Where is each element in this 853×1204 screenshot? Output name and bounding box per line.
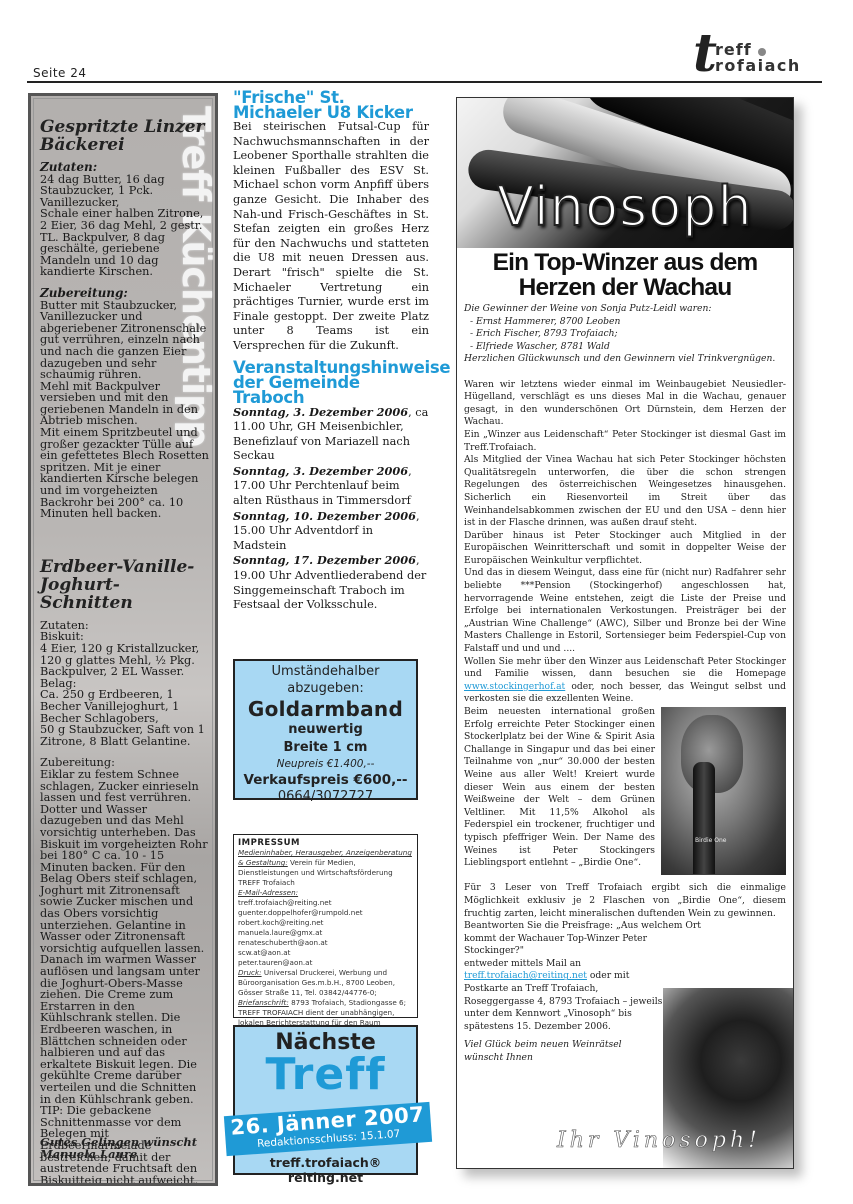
recipe1-title: Gespritzte Linzer Bäckerei bbox=[40, 118, 210, 154]
recipe-signoff: Gutes Gelingen wünscht Manuela Laure bbox=[40, 1136, 197, 1160]
wine-bottles-image: Vinosoph bbox=[457, 98, 794, 248]
closing-line: Viel Glück beim neuen Weinrätsel wünscht… bbox=[464, 1039, 644, 1064]
logo-line2: rofaiach bbox=[715, 58, 801, 74]
event-item: Sonntag, 3. Dezember 2006, 17.00 Uhr Per… bbox=[233, 464, 429, 509]
winner: - Ernst Hammerer, 8700 Leoben bbox=[464, 316, 786, 329]
next-issue-banner: 26. Jänner 2007 Redaktionsschluss: 15.1.… bbox=[224, 1102, 432, 1156]
winner: - Erich Fischer, 8793 Trofaiach; bbox=[464, 328, 786, 341]
recipe1-prep: Butter mit Staubzucker, Vanillezucker un… bbox=[40, 300, 210, 520]
recipe1-ingredients: 24 dag Butter, 16 dag Staubzucker, 1 Pck… bbox=[40, 174, 210, 278]
bottle-label: Birdie One bbox=[695, 837, 726, 844]
ad-phone: 0664/3072727 bbox=[235, 789, 416, 805]
next-issue-brand: Treff bbox=[235, 1049, 416, 1100]
logo-letter: t bbox=[693, 28, 717, 80]
email-link[interactable]: peter.tauren@aon.at bbox=[238, 958, 413, 968]
ad-old-price: Neupreis €1.400,-- bbox=[235, 757, 416, 771]
kicker-headline: "Frische" St. Michaeler U8 Kicker bbox=[233, 90, 429, 120]
recipe2-prep: Zubereitung: Eiklar zu festem Schnee sch… bbox=[40, 757, 210, 1186]
stockingerhof-link[interactable]: www.stockingerhof.at bbox=[464, 681, 565, 692]
winemaker-photo: Birdie One bbox=[661, 707, 786, 875]
ad-item: Goldarmband bbox=[235, 697, 416, 721]
logo-dot-icon bbox=[758, 48, 766, 56]
email-link[interactable]: manuela.laure@gmx.at bbox=[238, 928, 413, 938]
next-issue-email[interactable]: treff.trofaiach® reiting.net bbox=[235, 1155, 416, 1185]
recipe1-prep-label: Zubereitung: bbox=[40, 288, 210, 300]
page-number: Seite 24 bbox=[33, 66, 87, 80]
impressum-heading: IMPRESSUM bbox=[238, 838, 413, 848]
event-item: Sonntag, 3. Dezember 2006, ca 11.00 Uhr,… bbox=[233, 405, 429, 464]
events-headline: Veranstaltungshinweise der Gemeinde Trab… bbox=[233, 360, 429, 405]
impressum: IMPRESSUM Medieninhaber, Herausgeber, An… bbox=[233, 834, 418, 1018]
recipe2-ingredients: Zutaten: Biskuit: 4 Eier, 120 g Kristall… bbox=[40, 620, 210, 748]
vinosoph-headline: Ein Top-Winzer aus dem Herzen der Wachau bbox=[457, 250, 793, 300]
event-item: Sonntag, 10. Dezember 2006, 15.00 Uhr Ad… bbox=[233, 509, 429, 554]
vinosoph-signature: Ihr Vinosoph! bbox=[557, 1128, 761, 1153]
email-link[interactable]: treff.trofaiach@reiting.net bbox=[238, 898, 413, 908]
email-link[interactable]: renateschuberth@aon.at bbox=[238, 938, 413, 948]
contest-email-link[interactable]: treff.trofaiach@reiting.net bbox=[464, 970, 587, 981]
goldarmband-ad: Umständehalber abzugeben: Goldarmband ne… bbox=[233, 659, 418, 800]
event-item: Sonntag, 17. Dezember 2006, 19.00 Uhr Ad… bbox=[233, 553, 429, 612]
recipe1-ingredients-label: Zutaten: bbox=[40, 162, 210, 174]
vinosoph-article: Vinosoph Ein Top-Winzer aus dem Herzen d… bbox=[456, 97, 794, 1169]
winner: - Elfriede Wascher, 8781 Wald bbox=[464, 341, 786, 354]
vinosoph-body: Die Gewinner der Weine von Sonja Putz-Le… bbox=[464, 303, 786, 1065]
recipe2-title: Erdbeer-Vanille-Joghurt-Schnitten bbox=[40, 558, 210, 612]
email-link[interactable]: guenter.doppelhofer@rumpold.net bbox=[238, 908, 413, 918]
next-issue-box: Nächste Treff 26. Jänner 2007 Redaktions… bbox=[233, 1025, 418, 1175]
email-link[interactable]: scw.at@aon.at bbox=[238, 948, 413, 958]
kicker-body: Bei steirischen Futsal-Cup für Nachwuchs… bbox=[233, 120, 429, 354]
treff-trofaiach-logo: t reff rofaiach bbox=[693, 36, 828, 84]
ad-price: Verkaufspreis €600,-- bbox=[235, 771, 416, 789]
email-link[interactable]: robert.koch@reiting.net bbox=[238, 918, 413, 928]
vinosoph-logo: Vinosoph bbox=[497, 180, 753, 234]
middle-column: "Frische" St. Michaeler U8 Kicker Bei st… bbox=[233, 90, 429, 613]
recipe-content: Gespritzte Linzer Bäckerei Zutaten: 24 d… bbox=[40, 118, 210, 1186]
recipe-box: Treff Küchentipp Gespritzte Linzer Bäcke… bbox=[28, 93, 218, 1186]
